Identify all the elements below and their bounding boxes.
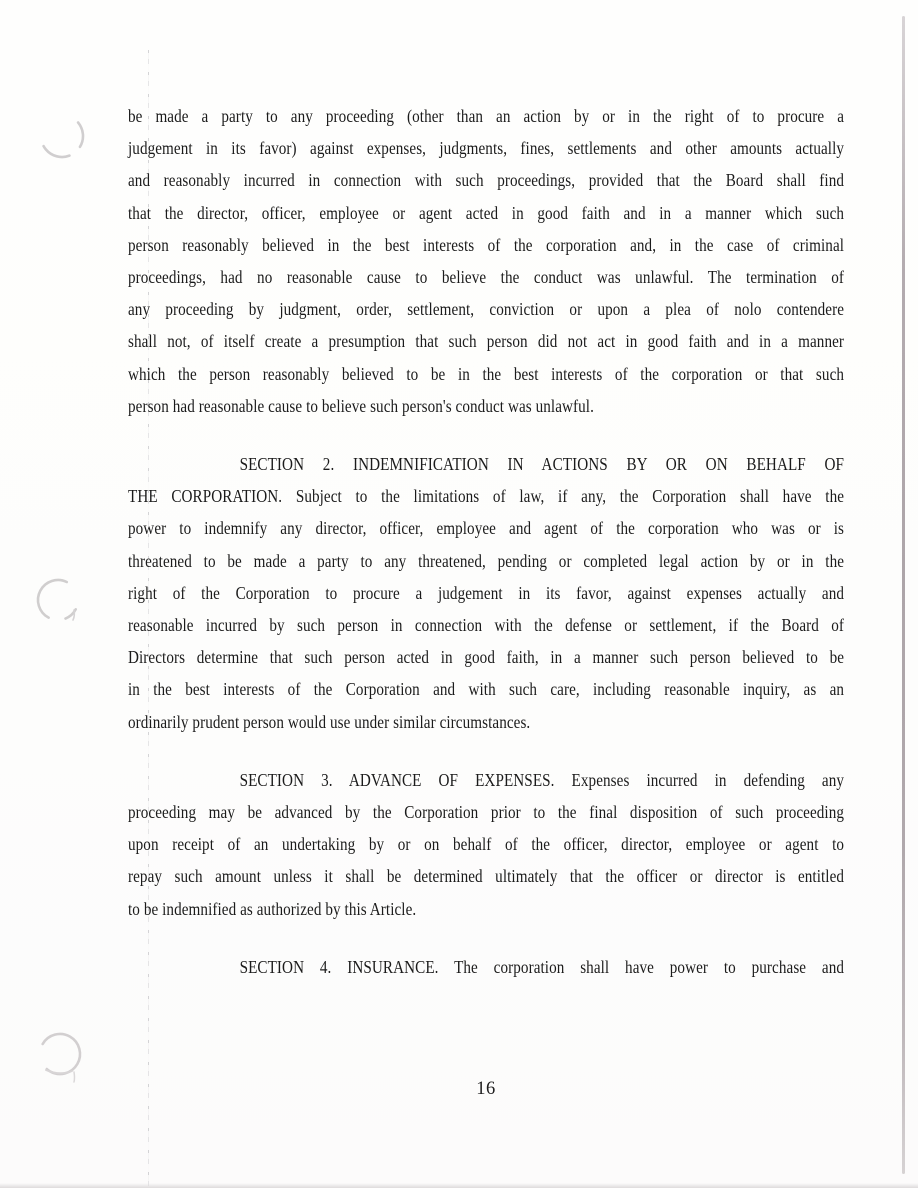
hole-punch-icon (34, 108, 90, 164)
text-line: ordinarily prudent person would use unde… (128, 706, 844, 738)
text-line: that the director, officer, employee or … (128, 197, 844, 229)
paragraph-section-4: SECTION 4. INSURANCE. The corporation sh… (128, 951, 844, 983)
text-line: upon receipt of an undertaking by or on … (128, 828, 844, 860)
paragraph-section-2: SECTION 2. INDEMNIFICATION IN ACTIONS BY… (128, 448, 844, 738)
text-line: right of the Corporation to procure a ju… (128, 577, 844, 609)
text-line: power to indemnify any director, officer… (128, 512, 844, 544)
text-line: shall not, of itself create a presumptio… (128, 325, 844, 357)
hole-punch-icon (32, 1028, 88, 1084)
text-line: repay such amount unless it shall be det… (128, 860, 844, 892)
document-page: be made a party to any proceeding (other… (0, 0, 918, 1188)
section-2-heading-line: SECTION 2. INDEMNIFICATION IN ACTIONS BY… (128, 448, 844, 480)
page-number: 16 (128, 1079, 844, 1100)
section-4-heading-line: SECTION 4. INSURANCE. The corporation sh… (128, 951, 844, 983)
text-line: proceeding may be advanced by the Corpor… (128, 796, 844, 828)
paragraph-indemnification-continuation: be made a party to any proceeding (other… (128, 100, 844, 422)
text-line: reasonable incurred by such person in co… (128, 609, 844, 641)
text-line: person reasonably believed in the best i… (128, 229, 844, 261)
text-line: THE CORPORATION. Subject to the limitati… (128, 480, 844, 512)
document-text-block: be made a party to any proceeding (other… (128, 100, 844, 983)
scanner-edge-line (902, 16, 905, 1174)
paragraph-section-3: SECTION 3. ADVANCE OF EXPENSES. Expenses… (128, 764, 844, 925)
section-3-heading-line: SECTION 3. ADVANCE OF EXPENSES. Expenses… (128, 764, 844, 796)
text-line: in the best interests of the Corporation… (128, 673, 844, 705)
text-line: Directors determine that such person act… (128, 641, 844, 673)
text-line: which the person reasonably believed to … (128, 358, 844, 390)
text-line: be made a party to any proceeding (other… (128, 100, 844, 132)
page-bottom-shadow (0, 1183, 918, 1188)
text-line: proceedings, had no reasonable cause to … (128, 261, 844, 293)
text-line: to be indemnified as authorized by this … (128, 893, 844, 925)
text-line: any proceeding by judgment, order, settl… (128, 293, 844, 325)
text-line: and reasonably incurred in connection wi… (128, 164, 844, 196)
hole-punch-icon (30, 572, 86, 628)
text-line: judgement in its favor) against expenses… (128, 132, 844, 164)
text-line: threatened to be made a party to any thr… (128, 545, 844, 577)
text-line: person had reasonable cause to believe s… (128, 390, 844, 422)
